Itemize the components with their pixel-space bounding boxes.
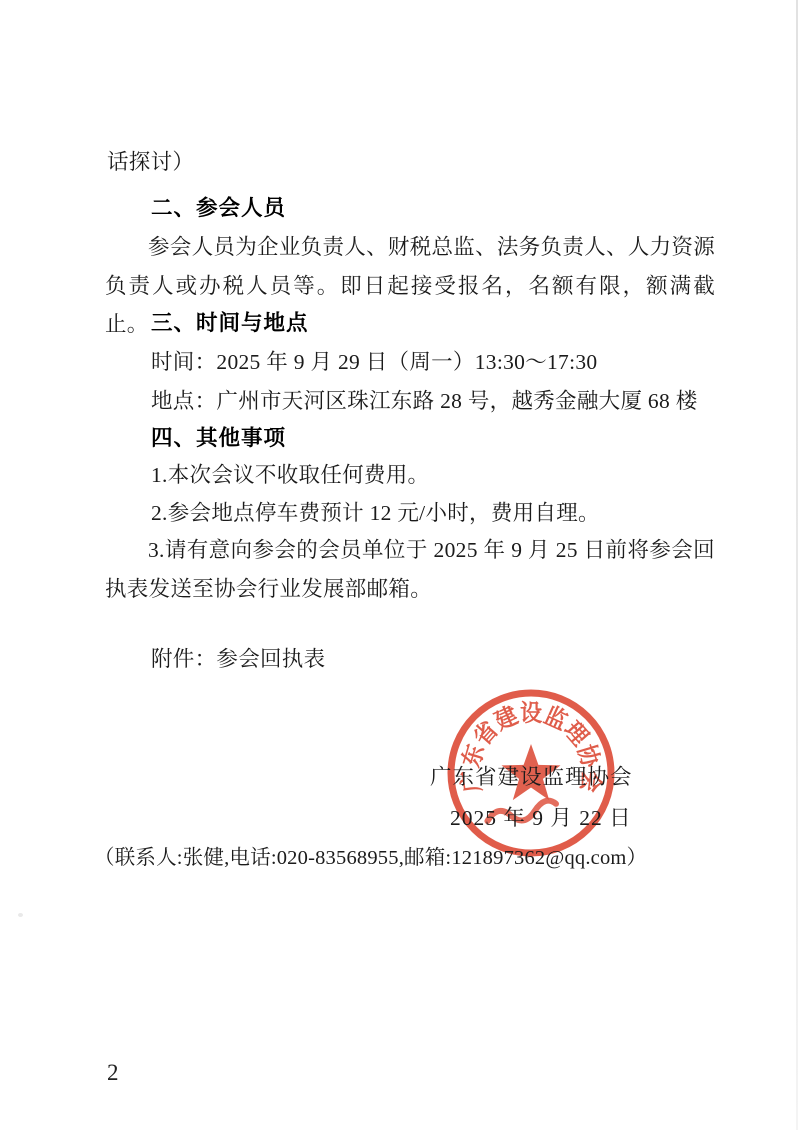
time-line: 时间：2025 年 9 月 29 日（周一）13:30～17:30 <box>151 350 597 375</box>
scan-edge-line <box>796 0 798 1130</box>
attachment-line: 附件：参会回执表 <box>151 647 325 672</box>
section-attendees-heading: 二、参会人员 <box>151 196 286 221</box>
other-item-1: 1.本次会议不收取任何费用。 <box>151 463 429 488</box>
other-item-2: 2.参会地点停车费预计 12 元/小时，费用自理。 <box>151 501 600 526</box>
other-item-3: 3.请有意向参会的会员单位于 2025 年 9 月 25 日前将参会回执表发送至… <box>105 531 715 608</box>
page-number: 2 <box>107 1060 119 1086</box>
contact-line: （联系人:张健,电话:020-83568955,邮箱:121897362@qq.… <box>94 840 647 870</box>
location-line: 地点：广州市天河区珠江东路 28 号，越秀金融大厦 68 楼 <box>151 389 698 414</box>
scan-speck <box>18 913 23 917</box>
section-other-heading: 四、其他事项 <box>151 426 286 451</box>
signature-organization: 广东省建设监理协会 <box>430 760 633 791</box>
document-page: 话探讨） 二、参会人员 参会人员为企业负责人、财税总监、法务负责人、人力资源负责… <box>0 0 800 1130</box>
section-time-place-heading: 三、时间与地点 <box>151 311 309 336</box>
carryover-line: 话探讨） <box>107 150 194 175</box>
signature-date: 2025 年 9 月 22 日 <box>450 801 632 832</box>
